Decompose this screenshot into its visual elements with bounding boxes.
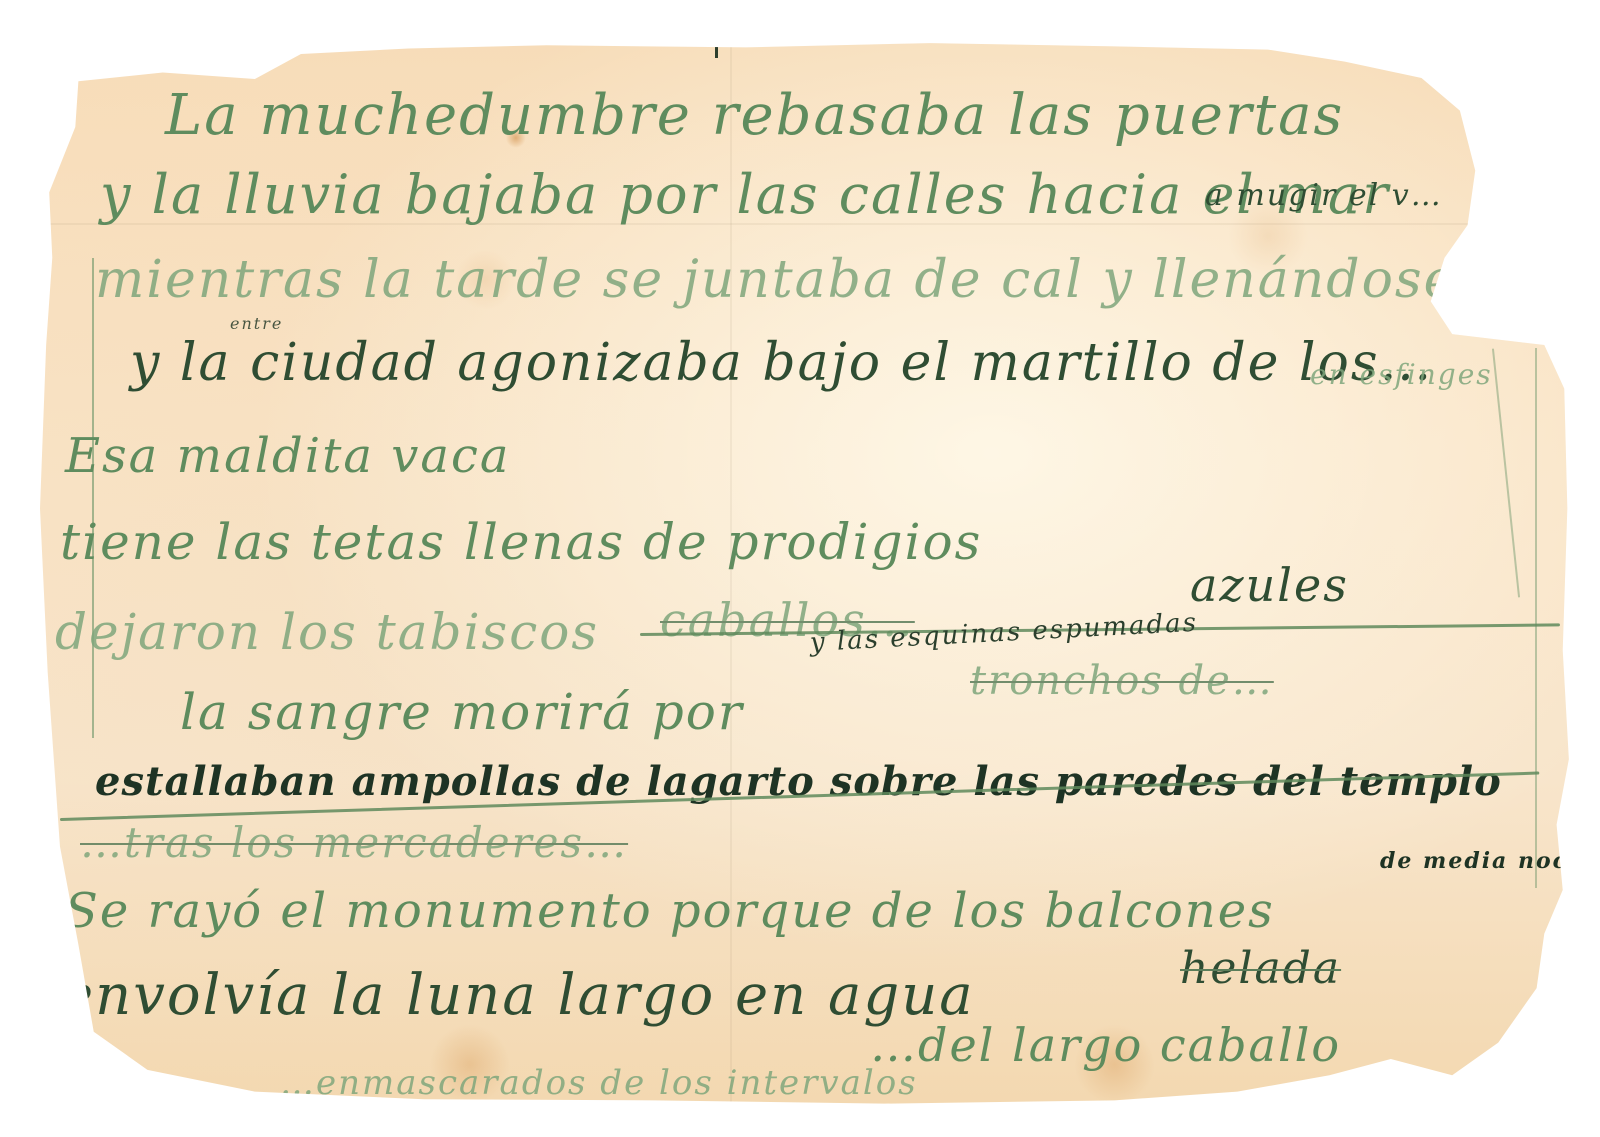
manuscript-line: envolvía la luna largo en agua [60, 963, 975, 1028]
margin-ink-mark [48, 858, 52, 978]
manuscript-line: …enmascarados de los intervalos [280, 1063, 918, 1103]
struck-text: …tras los mercaderes… [80, 818, 628, 867]
margin-stroke [1535, 348, 1537, 888]
manuscript-line: …del largo caballo [870, 1018, 1341, 1072]
interlinear-insert: a mugir el v… [1205, 178, 1443, 213]
struck-text: tronchos de… [970, 658, 1274, 704]
manuscript-line: la sangre morirá por [180, 683, 744, 741]
manuscript-line: y la ciudad agonizaba bajo el martillo d… [130, 333, 1434, 393]
manuscript-line: mientras la tarde se juntaba de cal y ll… [95, 250, 1456, 310]
struck-text: helada [1180, 943, 1341, 994]
manuscript-line: Esa maldita vaca [65, 428, 511, 484]
interlinear-insert: azules [1190, 558, 1349, 612]
margin-stroke [1492, 349, 1520, 598]
manuscript-page: La muchedumbre rebasaba las puertas y la… [40, 18, 1575, 1108]
interlinear-insert: de media noche [1380, 848, 1600, 874]
manuscript-line: Se rayó el monumento porque de los balco… [65, 883, 1275, 939]
top-ink-mark [715, 18, 718, 58]
margin-stroke [92, 258, 94, 738]
interlinear-insert: en esfinges [1310, 358, 1493, 391]
manuscript-line: dejaron los tabiscos [55, 603, 599, 661]
manuscript-line: La muchedumbre rebasaba las puertas [165, 83, 1344, 148]
manuscript-line: y la lluvia bajaba por las calles hacia … [100, 163, 1390, 226]
interlinear-insert: entre [230, 314, 283, 333]
manuscript-line: tiene las tetas llenas de prodigios [60, 513, 982, 571]
